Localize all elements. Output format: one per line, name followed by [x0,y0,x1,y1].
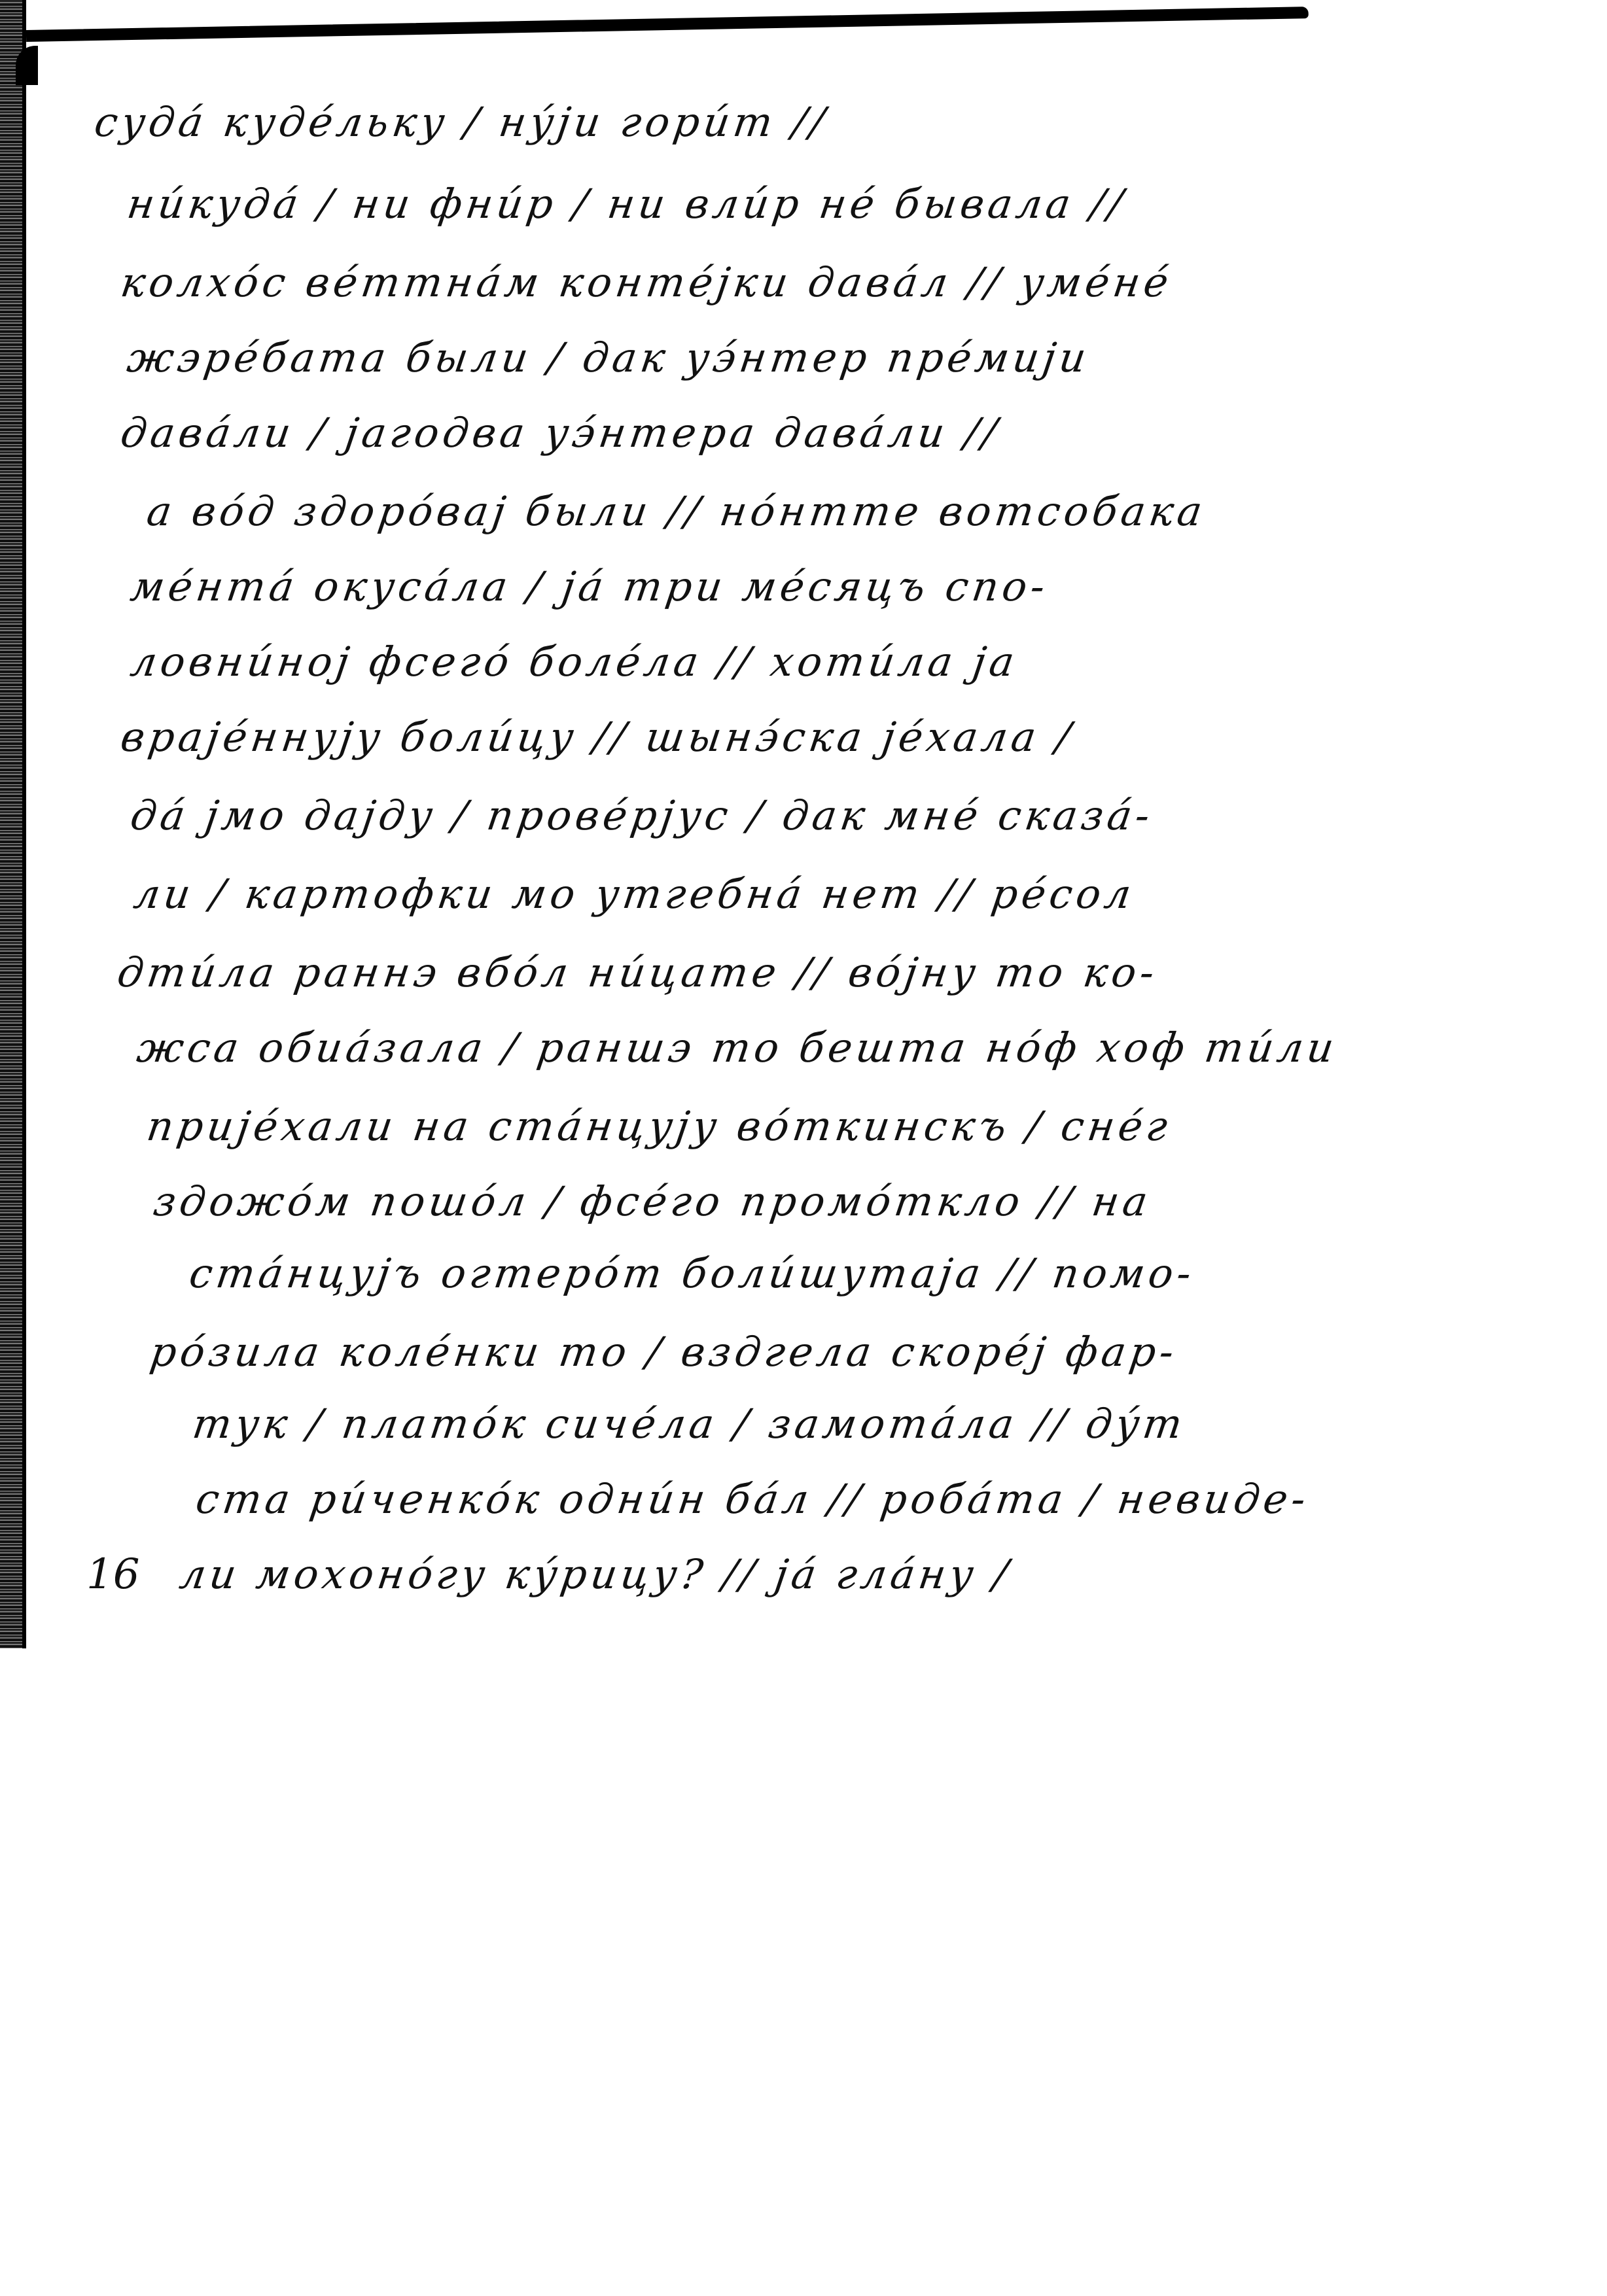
page-number: 16 [86,1550,139,1599]
text-line-17: ро́зила коле́нки то / вздгела скоре́ј фа… [147,1328,1181,1376]
text-line-13: жса обиа́зала / раншэ то бешта но́ф хоф … [134,1024,1341,1071]
text-line-3: колхо́с ве́ттна́м конте́јки дава́л // ум… [118,258,1175,306]
text-line-4: жэре́бата были / дак уэ́нтер пре́мији [124,334,1093,381]
text-line-16: ста́нцујъ огтеро́т боли́шутаја // помо- [186,1249,1198,1297]
text-line-8: ловни́ној фсего́ боле́ла // хоти́ла ја [128,638,1021,686]
text-line-6: а во́д здоро́вај были // но́нтте вотсоба… [144,487,1209,535]
text-line-11: ли / картофки мо утгебна́ нет // ре́сол [131,870,1138,918]
text-line-12: дти́ла раннэ вбо́л ни́цате // во́јну то … [115,948,1161,996]
text-line-9: враје́ннују боли́цу // шынэ́ска је́хала … [118,713,1078,761]
text-line-2: ни́куда́ / ни фни́р / ни вли́р не́ бывал… [124,180,1129,228]
text-line-14: прије́хали на ста́нцују во́ткинскъ / сне… [144,1102,1174,1150]
text-line-20: ли мохоно́гу ку́рицу? // ја́ гла́ну / [177,1550,1015,1598]
document-page: суда́ куде́льку / ну́ји гори́т // ни́куд… [0,0,1607,2296]
text-line-18: тук / плато́к сиче́ла / замота́ла // ду́… [190,1400,1189,1448]
text-line-7: ме́нта́ окуса́ла / ја́ три ме́сяцъ спо- [128,563,1052,610]
text-line-1: суда́ куде́льку / ну́ји гори́т // [92,98,832,146]
text-line-15: здожо́м пошо́л / фсе́го промо́ткло // на [150,1177,1154,1225]
text-line-5: дава́ли / јагодва уэ́нтера дава́ли // [118,409,1004,457]
text-line-19: ста ри́ченко́к одни́н ба́л // роба́та / … [193,1475,1313,1523]
handwritten-text: суда́ куде́льку / ну́ји гори́т // ни́куд… [0,0,1607,2296]
text-line-10: да́ јмо дајду / прове́рјус / дак мне́ ск… [128,791,1157,839]
